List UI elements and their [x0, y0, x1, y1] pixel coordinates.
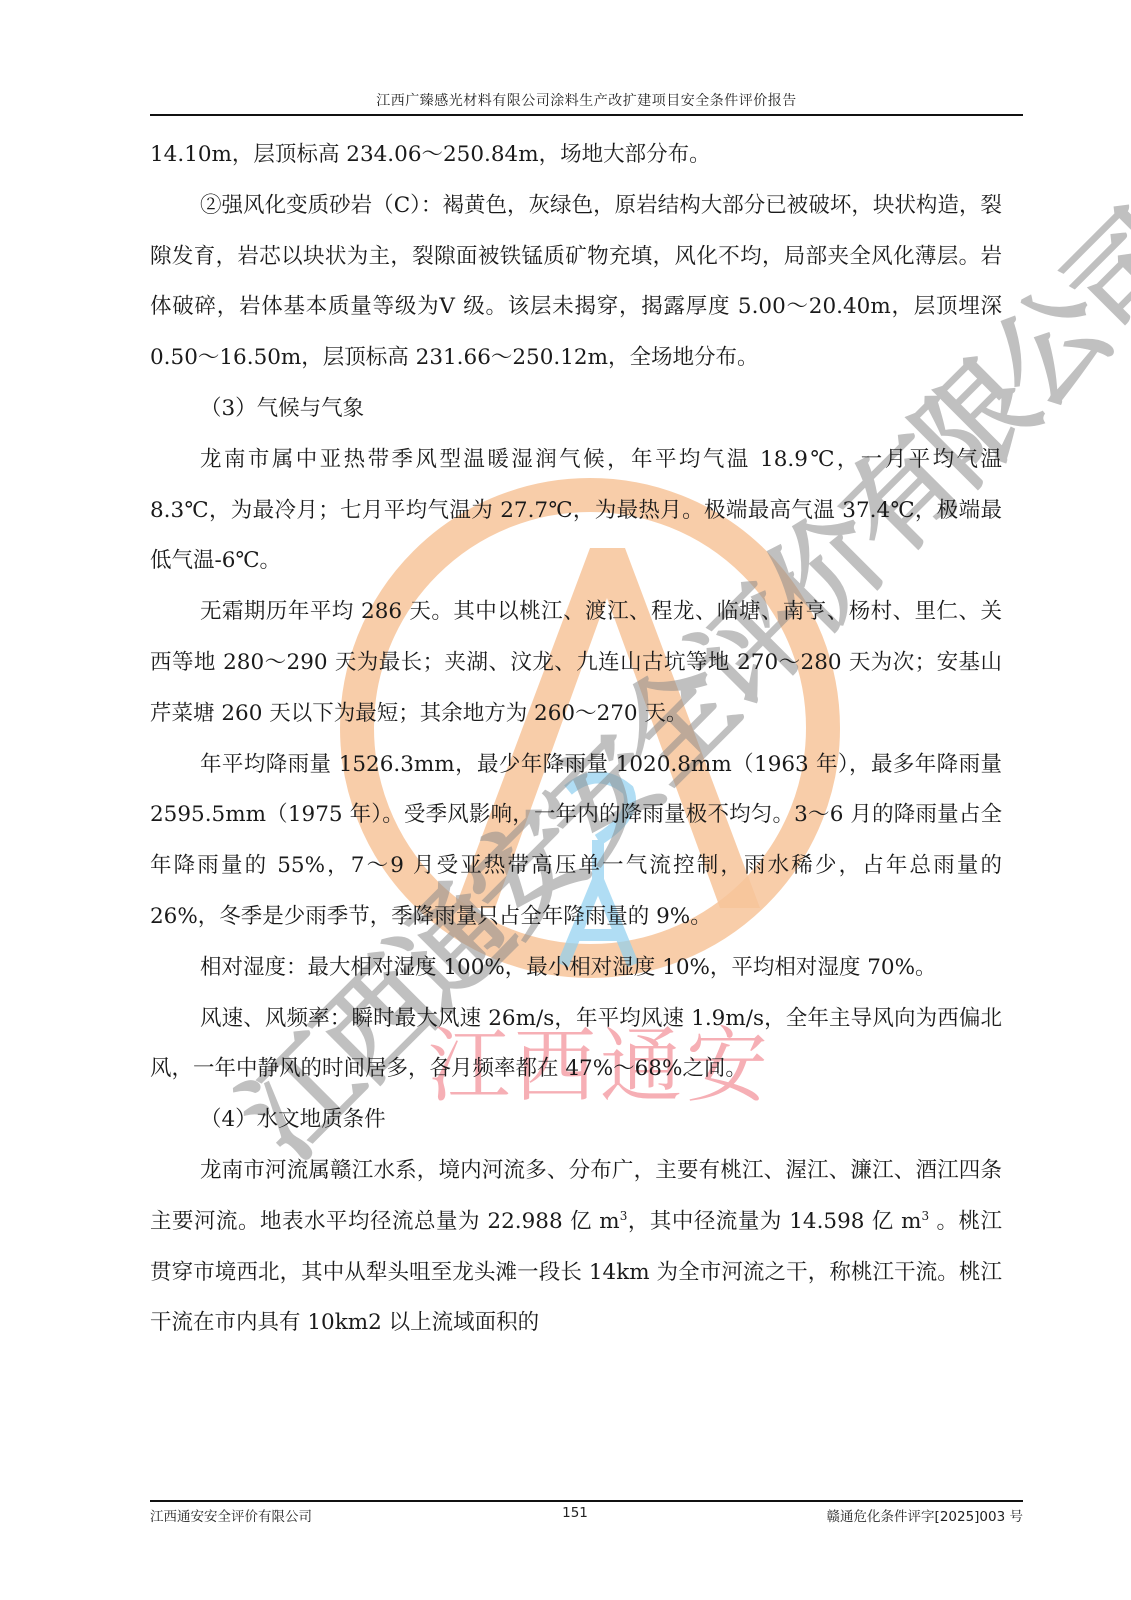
- report-header-title: 江西广臻感光材料有限公司涂料生产改扩建项目安全条件评价报告: [150, 90, 1023, 110]
- paragraph-frost-free-period: 无霜期历年平均 286 天。其中以桃江、渡江、程龙、临塘、南亨、杨村、里仁、关西…: [150, 587, 1002, 739]
- paragraph-rivers: 龙南市河流属赣江水系，境内河流多、分布广，主要有桃江、渥江、濂江、酒江四条主要河…: [150, 1146, 1002, 1349]
- rivers-text-part2: ，其中径流量为 14.598 亿 m: [627, 1209, 921, 1234]
- paragraph-wind: 风速、风频率：瞬时最大风速 26m/s，年平均风速 1.9m/s，全年主导风向为…: [150, 994, 1002, 1096]
- superscript-3: 3: [922, 1209, 930, 1223]
- paragraph-rainfall: 年平均降雨量 1526.3mm，最少年降雨量 1020.8mm（1963 年），…: [150, 740, 1002, 943]
- paragraph-strongly-weathered-sandstone: ②强风化变质砂岩（C）：褐黄色，灰绿色，原岩结构大部分已被破坏，块状构造，裂隙发…: [150, 181, 1002, 384]
- paragraph-temperature: 龙南市属中亚热带季风型温暖湿润气候，年平均气温 18.9℃，一月平均气温 8.3…: [150, 435, 1002, 587]
- body-content: 14.10m，层顶标高 234.06～250.84m，场地大部分布。 ②强风化变…: [150, 130, 1002, 1349]
- header-rule: [150, 114, 1023, 116]
- section-heading-hydrogeology: （4）水文地质条件: [150, 1095, 1002, 1146]
- paragraph-rock-layer-continued: 14.10m，层顶标高 234.06～250.84m，场地大部分布。: [150, 130, 1002, 181]
- page-footer: 江西通安安全评价有限公司 151 赣通危化条件评字[2025]003 号: [150, 1505, 1023, 1525]
- page: 江西广臻感光材料有限公司涂料生产改扩建项目安全条件评价报告 14.10m，层顶标…: [0, 0, 1131, 1600]
- footer-rule: [150, 1500, 1023, 1502]
- section-heading-climate: （3）气候与气象: [150, 384, 1002, 435]
- paragraph-humidity: 相对湿度：最大相对湿度 100%，最小相对湿度 10%，平均相对湿度 70%。: [150, 943, 1002, 994]
- footer-document-number: 赣通危化条件评字[2025]003 号: [827, 1505, 1023, 1525]
